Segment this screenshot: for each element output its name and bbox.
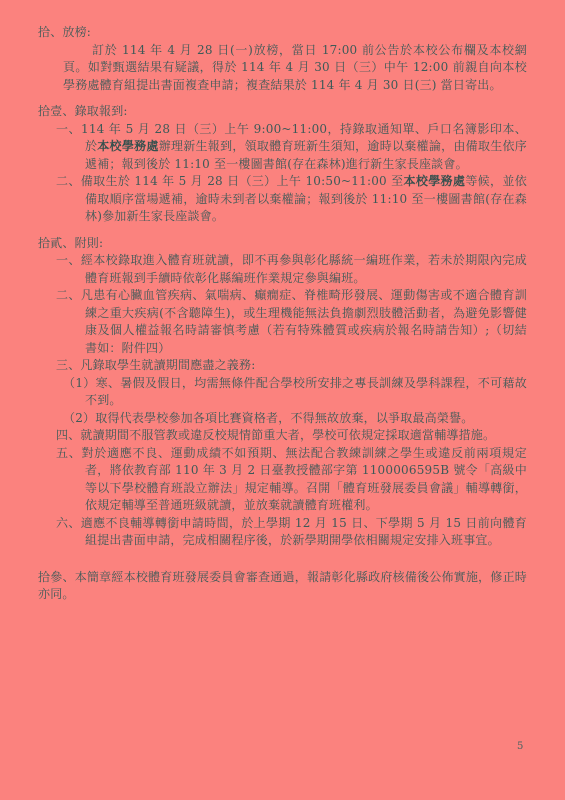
section-11-lu-qu-bao-dao-block-2: 二、備取生於 114 年 5 月 28 日（三）上午 10:50~11:00 至…: [38, 173, 527, 226]
section-12-fu-ze-block-2: 二、凡患有心臟血管疾病、氣喘病、癲癇症、脊椎畸形發展、運動傷害或不適合體育訓練之…: [38, 287, 527, 357]
list-item-label: 二、: [56, 174, 81, 188]
section-12-fu-ze-block-1: 一、經本校錄取進入體育班就讀，即不再參與彰化縣統一編班作業，若未於期限內完成體育…: [38, 252, 527, 287]
section-13-jian-zhang: 拾參、本簡章經本校體育班發展委員會審查通過，報請彰化縣政府核備後公佈實施，修正時…: [38, 569, 527, 604]
list-item-label: 六、: [56, 516, 81, 530]
body-text: 對於適應不良、運動成績不如預期、無法配合教練訓練之學生或違反前兩項規定者，將依教…: [82, 446, 528, 513]
section-10-fang-bang-block-1: 訂於 114 年 4 月 28 日(一)放榜，當日 17:00 前公告於本校公布…: [38, 42, 527, 95]
section-10-fang-bang-heading: 拾、放榜:: [38, 24, 527, 42]
list-item-label: （1）: [63, 376, 96, 390]
body-text: 取得代表學校參加各項比賽資格者，不得無故放棄，以爭取最高榮譽。: [95, 411, 473, 425]
section-10-fang-bang: 拾、放榜:訂於 114 年 4 月 28 日(一)放榜，當日 17:00 前公告…: [38, 24, 527, 94]
body-text: 就讀期間不服管教或違反校規情節重大者，學校可依規定採取適當輔導措施。: [80, 428, 495, 442]
section-11-lu-qu-bao-dao-heading: 拾壹、錄取報到:: [38, 103, 527, 121]
section-11-lu-qu-bao-dao-block-1: 一、114 年 5 月 28 日（三）上午 9:00~11:00，持錄取通知單、…: [38, 121, 527, 174]
list-item-label: 拾參、: [38, 570, 75, 584]
section-12-fu-ze-block-7: 五、對於適應不良、運動成績不如預期、無法配合教練訓練之學生或違反前兩項規定者，將…: [38, 445, 527, 515]
list-item-label: 三、: [56, 358, 80, 372]
emphasized-text: 本校學務處: [97, 139, 158, 153]
section-12-fu-ze-block-5: （2）取得代表學校參加各項比賽資格者，不得無故放棄，以爭取最高榮譽。: [38, 410, 527, 428]
section-12-fu-ze: 拾貳、附則:一、經本校錄取進入體育班就讀，即不再參與彰化縣統一編班作業，若未於期…: [38, 235, 527, 550]
document-content: 拾、放榜:訂於 114 年 4 月 28 日(一)放榜，當日 17:00 前公告…: [38, 24, 527, 604]
list-item-label: 五、: [56, 446, 82, 460]
page-number: 5: [517, 738, 524, 756]
list-item-label: 一、: [56, 122, 81, 136]
list-item-label: （2）: [63, 411, 95, 425]
section-13-jian-zhang-block-1: 拾參、本簡章經本校體育班發展委員會審查通過，報請彰化縣政府核備後公佈實施，修正時…: [38, 569, 527, 604]
body-text: 凡患有心臟血管疾病、氣喘病、癲癇症、脊椎畸形發展、運動傷害或不適合體育訓練之重大…: [81, 288, 527, 355]
list-item-label: 二、: [56, 288, 81, 302]
section-12-fu-ze-heading: 拾貳、附則:: [38, 235, 527, 253]
list-item-label: 四、: [56, 428, 80, 442]
section-12-fu-ze-block-6: 四、就讀期間不服管教或違反校規情節重大者，學校可依規定採取適當輔導措施。: [38, 427, 527, 445]
body-text: 適應不良輔導轉銜申請時間，於上學期 12 月 15 日、下學期 5 月 15 日…: [81, 516, 527, 548]
emphasized-text: 本校學務處: [403, 174, 465, 188]
section-11-lu-qu-bao-dao: 拾壹、錄取報到:一、114 年 5 月 28 日（三）上午 9:00~11:00…: [38, 103, 527, 226]
body-text: 備取生於 114 年 5 月 28 日（三）上午 10:50~11:00 至: [81, 174, 404, 188]
document-page: 拾、放榜:訂於 114 年 4 月 28 日(一)放榜，當日 17:00 前公告…: [0, 0, 565, 800]
section-12-fu-ze-block-4: （1）寒、暑假及假日，均需無條件配合學校所安排之專長訓練及學科課程，不可藉故不到…: [38, 375, 527, 410]
list-item-label: 一、: [56, 253, 81, 267]
section-12-fu-ze-block-8: 六、適應不良輔導轉銜申請時間，於上學期 12 月 15 日、下學期 5 月 15…: [38, 515, 527, 550]
body-text: 訂於 114 年 4 月 28 日(一)放榜，當日 17:00 前公告於本校公布…: [63, 43, 527, 92]
body-text: 凡錄取學生就讀期間應盡之義務:: [80, 358, 255, 372]
body-text: 經本校錄取進入體育班就讀，即不再參與彰化縣統一編班作業，若未於期限內完成體育班報…: [81, 253, 527, 285]
body-text: 本簡章經本校體育班發展委員會審查通過，報請彰化縣政府核備後公佈實施，修正時亦同。: [38, 570, 527, 602]
body-text: 寒、暑假及假日，均需無條件配合學校所安排之專長訓練及學科課程，不可藉故不到。: [85, 376, 527, 408]
section-12-fu-ze-block-3: 三、凡錄取學生就讀期間應盡之義務:: [38, 357, 527, 375]
